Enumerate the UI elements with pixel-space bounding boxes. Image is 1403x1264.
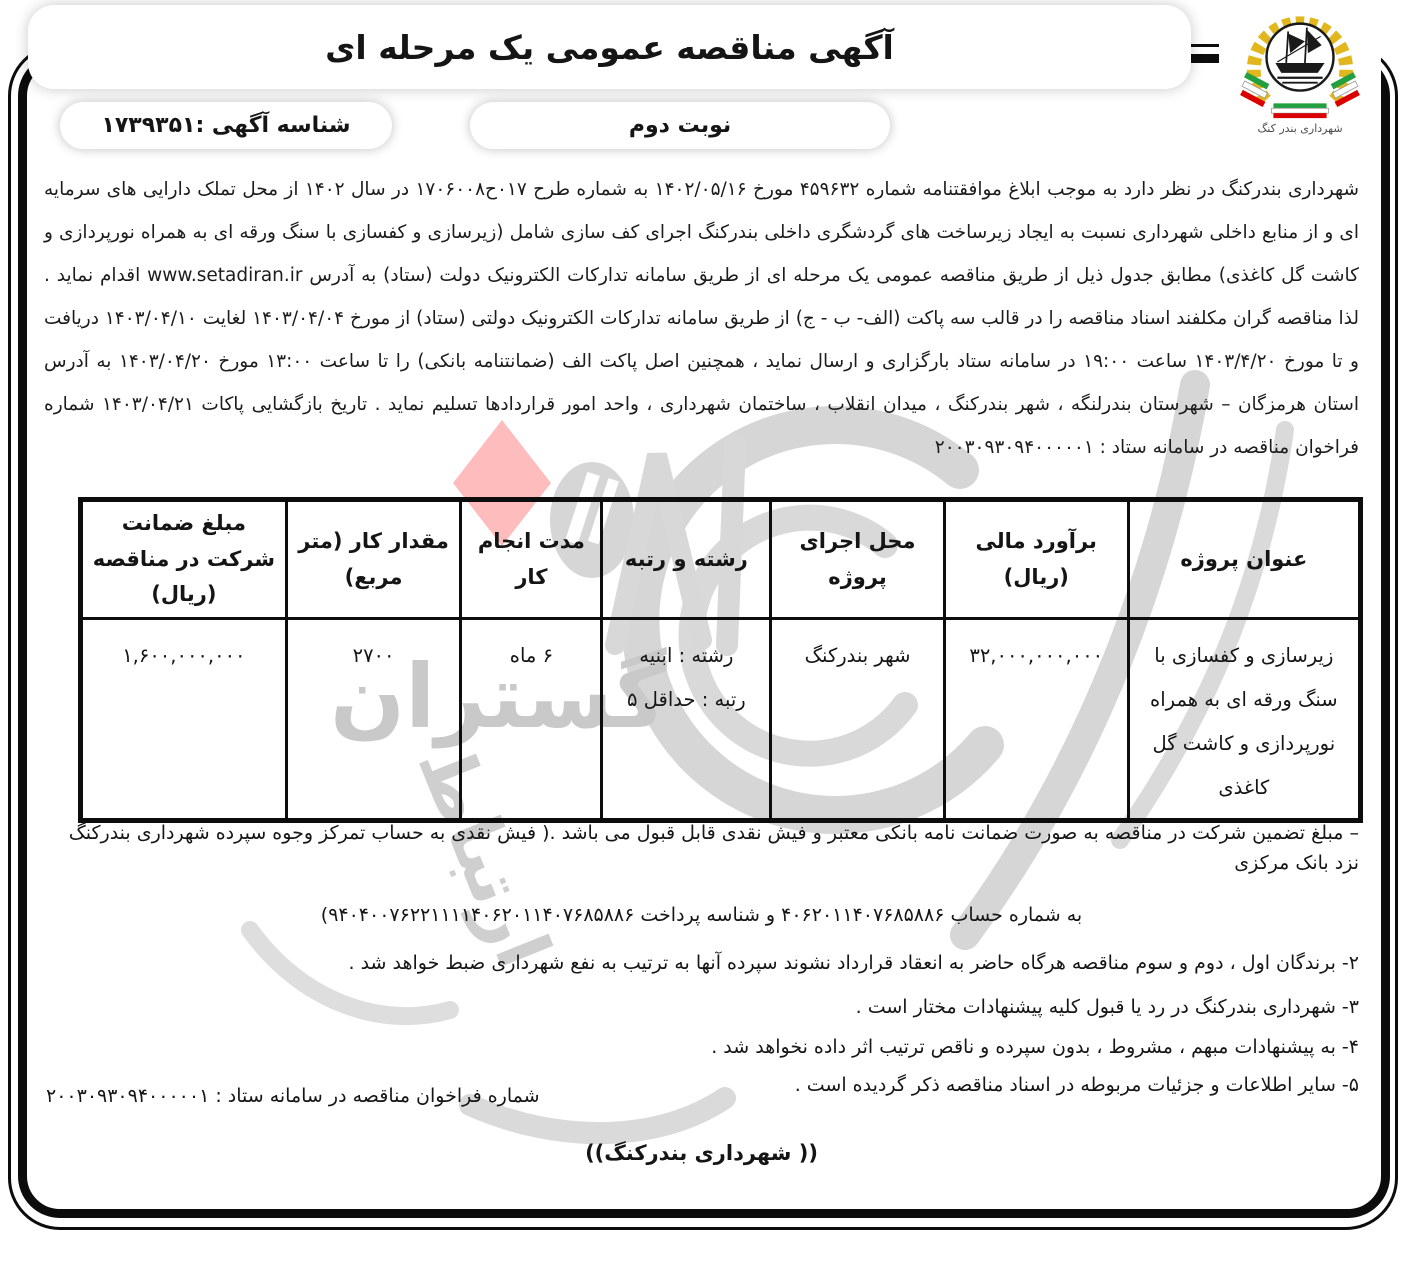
cell-estimate: ۳۲,۰۰۰,۰۰۰,۰۰۰ — [944, 619, 1128, 821]
note-1-line-2: به شماره حساب ۴۰۶۲۰۱۱۴۰۷۶۸۵۸۸۶ و شناسه پ… — [44, 900, 1359, 930]
flag-ribbon-bottom — [1271, 103, 1328, 118]
header-estimate: برآورد مالی (ریال) — [944, 500, 1128, 619]
note-1-line-1: – مبلغ تضمین شرکت در مناقصه به صورت ضمان… — [44, 818, 1359, 878]
tender-table-wrap: عنوان پروژه برآورد مالی (ریال) محل اجرای… — [78, 497, 1363, 823]
header-project-title: عنوان پروژه — [1128, 500, 1360, 619]
tender-table: عنوان پروژه برآورد مالی (ریال) محل اجرای… — [78, 497, 1363, 823]
header-guarantee: مبلغ ضمانت شرکت در مناقصه (ریال) — [81, 500, 287, 619]
ad-id-label: شناسه آگهی :۱۷۳۹۳۵۱ — [101, 113, 350, 138]
table-row: زیرسازی و کفسازی با سنگ ورقه ای به همراه… — [81, 619, 1361, 821]
header-quantity: مقدار کار (متر مربع) — [286, 500, 461, 619]
tender-table-header-row: عنوان پروژه برآورد مالی (ریال) محل اجرای… — [81, 500, 1361, 619]
ad-id-badge: شناسه آگهی :۱۷۳۹۳۵۱ — [60, 102, 392, 149]
tender-notes: – مبلغ تضمین شرکت در مناقصه به صورت ضمان… — [44, 818, 1359, 1100]
header-duration: مدت انجام کار — [461, 500, 602, 619]
municipality-emblem-icon — [1236, 0, 1364, 124]
cell-field-line: رشته : ابنیه — [613, 634, 759, 678]
round-badge-label: نوبت دوم — [629, 113, 731, 138]
tender-table-body: زیرسازی و کفسازی با سنگ ورقه ای به همراه… — [81, 619, 1361, 821]
cell-field-rank: رشته : ابنیه رتبه : حداقل ۵ — [602, 619, 771, 821]
signature-line: (( شهرداری بندرکنگ)) — [0, 1141, 1403, 1165]
cell-quantity: ۲۷۰۰ — [286, 619, 461, 821]
note-3: ۳- شهرداری بندرکنگ در رد یا قبول کلیه پی… — [44, 992, 1359, 1022]
setad-call-number-line: شماره فراخوان مناقصه در سامانه ستاد : ۲۰… — [46, 1085, 540, 1107]
flag-ribbon-right — [1331, 72, 1360, 107]
flag-ribbon-left — [1240, 72, 1269, 107]
emblem-circle — [1267, 24, 1334, 91]
municipality-logo-box: شهرداری بندر کنگ — [1219, 0, 1381, 152]
tender-intro-paragraph: شهرداری بندرکنگ در نظر دارد به موجب ابلا… — [44, 168, 1359, 469]
cell-project-title: زیرسازی و کفسازی با سنگ ورقه ای به همراه… — [1128, 619, 1360, 821]
cell-rank-line: رتبه : حداقل ۵ — [613, 678, 759, 722]
cell-duration: ۶ ماه — [461, 619, 602, 821]
cell-location: شهر بندرکنگ — [771, 619, 945, 821]
header-location: محل اجرای پروژه — [771, 500, 945, 619]
round-badge: نوبت دوم — [470, 102, 890, 149]
page-title: آگهی مناقصه عمومی یک مرحله ای — [325, 28, 894, 67]
title-band: آگهی مناقصه عمومی یک مرحله ای — [28, 5, 1191, 89]
tender-announcement-page: { "header": { "title": "آگهی مناقصه عموم… — [0, 0, 1403, 1264]
note-4: ۴- به پیشنهادات مبهم ، مشروط ، بدون سپرد… — [44, 1032, 1359, 1062]
header-field-rank: رشته و رتبه — [602, 500, 771, 619]
tender-table-head: عنوان پروژه برآورد مالی (ریال) محل اجرای… — [81, 500, 1361, 619]
cell-guarantee: ۱,۶۰۰,۰۰۰,۰۰۰ — [81, 619, 287, 821]
note-2: ۲- برندگان اول ، دوم و سوم مناقصه هرگاه … — [44, 948, 1359, 978]
